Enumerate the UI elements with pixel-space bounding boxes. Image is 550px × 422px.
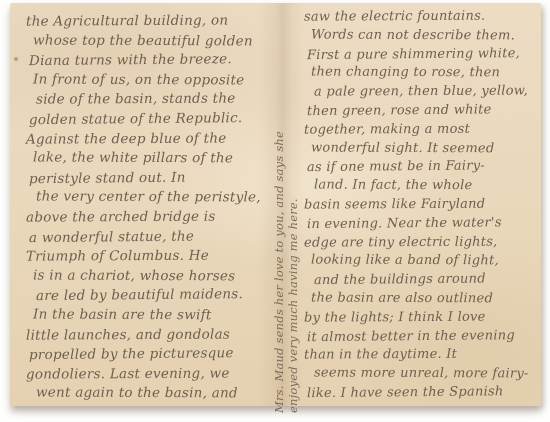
handwritten-line: First a pure shimmering white,: [307, 44, 546, 65]
handwritten-line: enjoyed very much having me here.: [286, 3, 300, 413]
handwritten-line: seems more unreal, more fairy-: [314, 365, 546, 385]
letter-right-page: saw the electric fountains. Words can no…: [304, 8, 546, 403]
handwritten-line: side of the basin, stands the: [36, 90, 272, 111]
handwritten-line: a wonderful statue, the: [29, 226, 272, 248]
handwritten-line: wonderful sight. It seemed: [311, 139, 546, 159]
handwritten-line: together, making a most: [304, 120, 546, 140]
handwritten-line: went again to the basin, and: [36, 384, 272, 405]
letter-paper: the Agricultural building, on whose top …: [10, 3, 541, 406]
handwritten-line: saw the electric fountains.: [304, 7, 546, 27]
handwritten-line: by the lights; I think I love: [304, 308, 546, 328]
handwritten-line: Against the deep blue of the: [26, 129, 272, 150]
handwritten-line: it almost better in the evening: [307, 326, 546, 347]
handwritten-line: are led by beautiful maidens.: [36, 285, 272, 307]
handwritten-line: propelled by the picturesque: [29, 344, 272, 366]
handwritten-line: above the arched bridge is: [26, 207, 272, 228]
handwritten-line: golden statue of the Republic.: [29, 109, 272, 131]
handwritten-line: edge are tiny electric lights,: [304, 233, 546, 253]
handwritten-line: basin seems like Fairyland: [304, 195, 546, 215]
handwritten-line: then changing to rose, then: [311, 64, 546, 84]
handwritten-line: in evening. Near the water's: [307, 214, 546, 235]
margin-note-text: Mrs. Maud sends her love to you, and say…: [272, 3, 306, 413]
handwritten-line: and the buildings around: [314, 270, 546, 291]
handwritten-line: peristyle stand out. In: [29, 168, 272, 190]
handwritten-line: the very center of the peristyle,: [36, 188, 272, 209]
handwritten-line: lake, the white pillars of the: [33, 149, 272, 170]
handwritten-line: little launches, and gondolas: [26, 325, 272, 346]
handwritten-line: Mrs. Maud sends her love to you, and say…: [272, 3, 286, 413]
handwritten-line: as if one must be in Fairy-: [307, 157, 546, 178]
scanned-letter-photo: { "colors": { "background": "#fefefd", "…: [0, 0, 550, 422]
handwritten-line: then green, rose and white: [307, 101, 546, 122]
margin-note: Mrs. Maud sends her love to you, and say…: [272, 3, 306, 413]
handwritten-line: whose top the beautiful golden: [33, 31, 272, 52]
handwritten-line: than in the daytime. It: [304, 346, 546, 366]
handwritten-line: Triumph of Columbus. He: [26, 246, 272, 267]
paper-speck: [14, 57, 18, 61]
handwritten-line: In front of us, on the opposite: [33, 70, 272, 91]
handwritten-line: a pale green, then blue, yellow,: [314, 83, 546, 103]
handwritten-line: the Agricultural building, on: [26, 11, 272, 32]
handwritten-line: land. In fact, the whole: [314, 177, 546, 197]
handwritten-line: looking like a band of light,: [311, 252, 546, 272]
handwritten-line: gondoliers. Last evening, we: [26, 364, 272, 385]
handwritten-line: Words can not describe them.: [311, 26, 546, 46]
handwritten-line: In the basin are the swift: [33, 305, 272, 326]
handwritten-line: like. I have seen the Spanish: [307, 383, 546, 404]
letter-left-page: the Agricultural building, on whose top …: [26, 12, 272, 404]
handwritten-line: the basin are also outlined: [311, 289, 546, 309]
handwritten-line: is in a chariot, whose horses: [33, 266, 272, 287]
handwritten-line: Diana turns with the breeze.: [29, 50, 272, 72]
